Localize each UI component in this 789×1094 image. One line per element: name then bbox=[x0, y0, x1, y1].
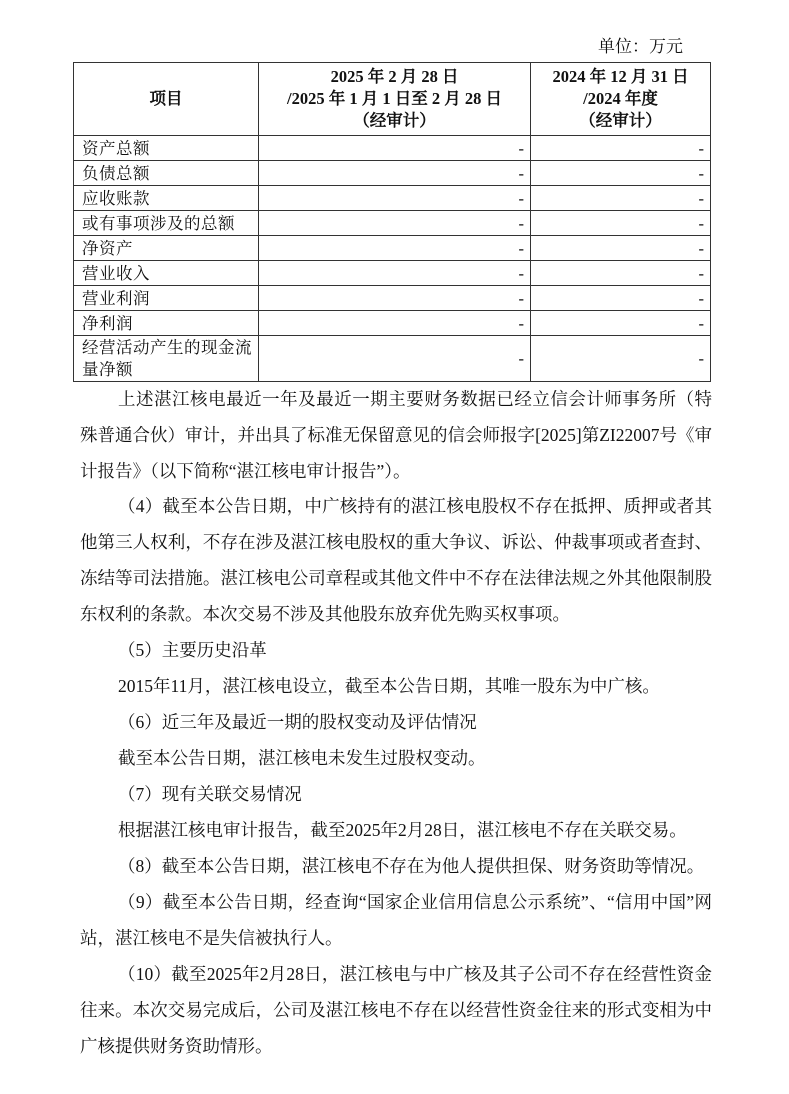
section-title-history: （5）主要历史沿革 bbox=[80, 632, 712, 668]
row-value-2025: - bbox=[259, 311, 531, 336]
row-value-2025: - bbox=[259, 261, 531, 286]
table-row: 资产总额 - - bbox=[74, 136, 711, 161]
row-item: 营业收入 bbox=[74, 261, 259, 286]
header-col-2024: 2024 年 12 月 31 日 /2024 年度 （经审计） bbox=[531, 63, 711, 136]
row-item: 或有事项涉及的总额 bbox=[74, 211, 259, 236]
financial-data-table: 项目 2025 年 2 月 28 日 /2025 年 1 月 1 日至 2 月 … bbox=[73, 62, 711, 382]
header-col-2025-line1: 2025 年 2 月 28 日 bbox=[261, 66, 528, 88]
row-value-2025: - bbox=[259, 211, 531, 236]
paragraph-equity-changes: 截至本公告日期，湛江核电未发生过股权变动。 bbox=[80, 740, 712, 776]
paragraph-credit-check: （9）截至本公告日期，经查询“国家企业信用信息公示系统”、“信用中国”网站，湛江… bbox=[80, 884, 712, 956]
row-value-2024: - bbox=[531, 311, 711, 336]
header-col-2025-line3: （经审计） bbox=[261, 110, 528, 132]
row-value-2024: - bbox=[531, 186, 711, 211]
row-value-2025: - bbox=[259, 186, 531, 211]
paragraph-related-transactions: 根据湛江核电审计报告，截至2025年2月28日，湛江核电不存在关联交易。 bbox=[80, 812, 712, 848]
row-item: 经营活动产生的现金流量净额 bbox=[74, 336, 259, 382]
row-value-2024: - bbox=[531, 236, 711, 261]
row-value-2024: - bbox=[531, 336, 711, 382]
paragraph-equity-encumbrance: （4）截至本公告日期，中广核持有的湛江核电股权不存在抵押、质押或者其他第三人权利… bbox=[80, 488, 712, 632]
row-value-2024: - bbox=[531, 136, 711, 161]
row-value-2025: - bbox=[259, 336, 531, 382]
row-item: 资产总额 bbox=[74, 136, 259, 161]
row-item: 净资产 bbox=[74, 236, 259, 261]
header-col-2024-line3: （经审计） bbox=[533, 110, 708, 132]
row-value-2025: - bbox=[259, 286, 531, 311]
table-row: 应收账款 - - bbox=[74, 186, 711, 211]
paragraph-guarantees: （8）截至本公告日期，湛江核电不存在为他人提供担保、财务资助等情况。 bbox=[80, 848, 712, 884]
row-item: 负债总额 bbox=[74, 161, 259, 186]
table-row: 营业利润 - - bbox=[74, 286, 711, 311]
table-row: 营业收入 - - bbox=[74, 261, 711, 286]
header-col-2025-line2: /2025 年 1 月 1 日至 2 月 28 日 bbox=[261, 88, 528, 110]
paragraph-fund-transfers: （10）截至2025年2月28日，湛江核电与中广核及其子公司不存在经营性资金往来… bbox=[80, 956, 712, 1064]
row-item: 应收账款 bbox=[74, 186, 259, 211]
row-item: 营业利润 bbox=[74, 286, 259, 311]
unit-label: 单位：万元 bbox=[598, 36, 683, 58]
table-row: 经营活动产生的现金流量净额 - - bbox=[74, 336, 711, 382]
table-row: 净利润 - - bbox=[74, 311, 711, 336]
row-value-2024: - bbox=[531, 211, 711, 236]
row-value-2025: - bbox=[259, 236, 531, 261]
header-col-2024-line1: 2024 年 12 月 31 日 bbox=[533, 66, 708, 88]
table-header-row: 项目 2025 年 2 月 28 日 /2025 年 1 月 1 日至 2 月 … bbox=[74, 63, 711, 136]
header-item: 项目 bbox=[74, 63, 259, 136]
table-row: 负债总额 - - bbox=[74, 161, 711, 186]
header-col-2025: 2025 年 2 月 28 日 /2025 年 1 月 1 日至 2 月 28 … bbox=[259, 63, 531, 136]
row-value-2024: - bbox=[531, 286, 711, 311]
table-row: 或有事项涉及的总额 - - bbox=[74, 211, 711, 236]
section-title-equity-changes: （6）近三年及最近一期的股权变动及评估情况 bbox=[80, 704, 712, 740]
row-value-2025: - bbox=[259, 161, 531, 186]
paragraph-audit-statement: 上述湛江核电最近一年及最近一期主要财务数据已经立信会计师事务所（特殊普通合伙）审… bbox=[80, 381, 712, 489]
row-value-2025: - bbox=[259, 136, 531, 161]
row-value-2024: - bbox=[531, 161, 711, 186]
row-value-2024: - bbox=[531, 261, 711, 286]
table-row: 净资产 - - bbox=[74, 236, 711, 261]
header-col-2024-line2: /2024 年度 bbox=[533, 88, 708, 110]
section-title-related-transactions: （7）现有关联交易情况 bbox=[80, 776, 712, 812]
paragraph-history: 2015年11月，湛江核电设立，截至本公告日期，其唯一股东为中广核。 bbox=[80, 668, 712, 704]
row-item: 净利润 bbox=[74, 311, 259, 336]
